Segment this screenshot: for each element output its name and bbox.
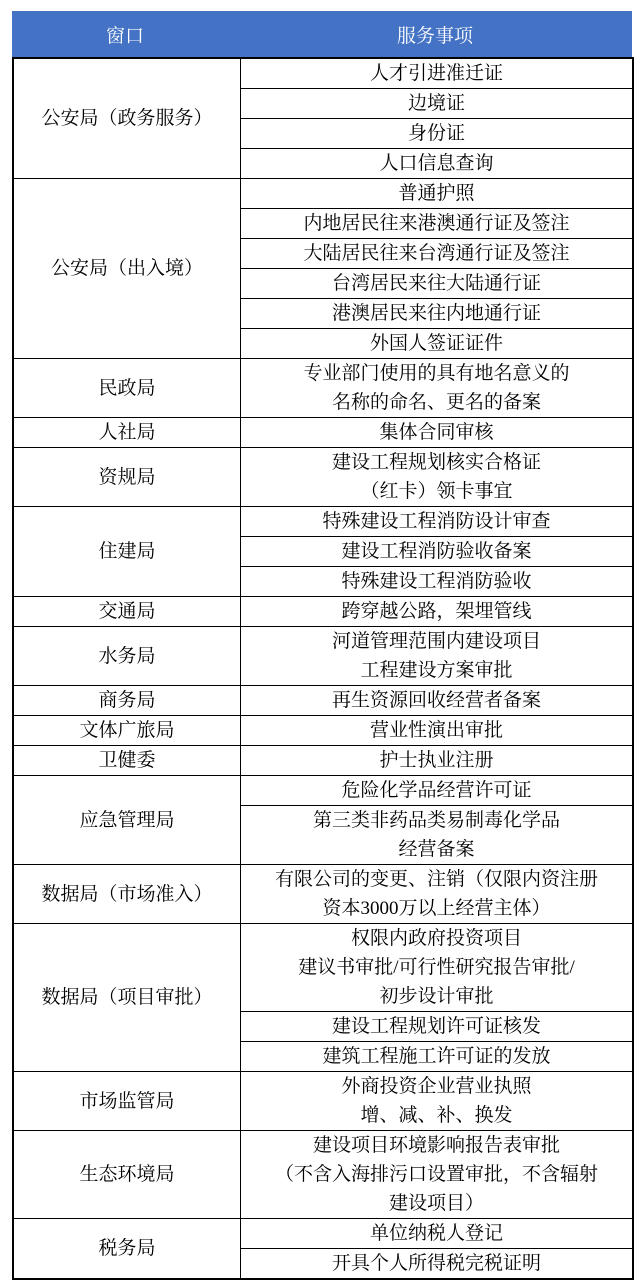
service-cell: 人口信息查询	[241, 149, 634, 179]
window-cell: 民政局	[13, 359, 241, 418]
window-cell: 税务局	[13, 1219, 241, 1280]
service-cell: 危险化学品经营许可证	[241, 776, 634, 806]
table-row: 资规局 建设工程规划核实合格证 （红卡）领卡事宜	[13, 448, 633, 507]
table-row: 卫健委 护士执业注册	[13, 746, 633, 776]
service-cell: 权限内政府投资项目 建议书审批/可行性研究报告审批/ 初步设计审批	[241, 924, 634, 1012]
window-cell: 应急管理局	[13, 776, 241, 865]
table-row: 公安局（出入境） 普通护照	[13, 179, 633, 209]
window-cell: 数据局（项目审批）	[13, 924, 241, 1072]
col-header-service: 服务事项	[238, 21, 632, 48]
service-cell: 港澳居民来往内地通行证	[241, 299, 634, 329]
service-cell: 集体合同审核	[241, 418, 634, 448]
window-cell: 公安局（出入境）	[13, 179, 241, 359]
service-cell: 建筑工程施工许可证的发放	[241, 1042, 634, 1072]
service-cell: 身份证	[241, 119, 634, 149]
window-cell: 卫健委	[13, 746, 241, 776]
service-cell: 人才引进准迁证	[241, 58, 634, 89]
table-row: 数据局（市场准入） 有限公司的变更、注销（仅限内资注册 资本3000万以上经营主…	[13, 865, 633, 924]
table-row: 商务局 再生资源回收经营者备案	[13, 686, 633, 716]
service-cell: 第三类非药品类易制毒化学品 经营备案	[241, 806, 634, 865]
table-row: 水务局 河道管理范围内建设项目 工程建设方案审批	[13, 627, 633, 686]
service-cell: 专业部门使用的具有地名意义的 名称的命名、更名的备案	[241, 359, 634, 418]
service-cell: 再生资源回收经营者备案	[241, 686, 634, 716]
window-cell: 商务局	[13, 686, 241, 716]
services-table: 公安局（政务服务） 人才引进准迁证 边境证 身份证 人口信息查询 公安局（出入境…	[12, 57, 634, 1280]
window-cell: 水务局	[13, 627, 241, 686]
service-cell: 台湾居民来往大陆通行证	[241, 269, 634, 299]
service-cell: 河道管理范围内建设项目 工程建设方案审批	[241, 627, 634, 686]
table-row: 税务局 单位纳税人登记	[13, 1219, 633, 1249]
service-cell: 普通护照	[241, 179, 634, 209]
service-cell: 有限公司的变更、注销（仅限内资注册 资本3000万以上经营主体）	[241, 865, 634, 924]
window-cell: 资规局	[13, 448, 241, 507]
window-cell: 人社局	[13, 418, 241, 448]
document-page: 窗口 服务事项 公安局（政务服务） 人才引进准迁证 边境证 身份证 人口信息查询…	[0, 0, 640, 1261]
service-cell: 护士执业注册	[241, 746, 634, 776]
table-row: 应急管理局 危险化学品经营许可证	[13, 776, 633, 806]
window-cell: 文体广旅局	[13, 716, 241, 746]
table-row: 文体广旅局 营业性演出审批	[13, 716, 633, 746]
service-cell: 边境证	[241, 89, 634, 119]
service-cell: 建设工程规划许可证核发	[241, 1012, 634, 1042]
table-row: 公安局（政务服务） 人才引进准迁证	[13, 58, 633, 89]
table-row: 交通局 跨穿越公路，架埋管线	[13, 597, 633, 627]
service-cell: 建设工程规划核实合格证 （红卡）领卡事宜	[241, 448, 634, 507]
service-cell: 外商投资企业营业执照 增、减、补、换发	[241, 1072, 634, 1131]
table-row: 数据局（项目审批） 权限内政府投资项目 建议书审批/可行性研究报告审批/ 初步设…	[13, 924, 633, 1012]
service-cell: 特殊建设工程消防设计审查	[241, 507, 634, 537]
service-cell: 内地居民往来港澳通行证及签注	[241, 209, 634, 239]
table-row: 民政局 专业部门使用的具有地名意义的 名称的命名、更名的备案	[13, 359, 633, 418]
window-cell: 公安局（政务服务）	[13, 58, 241, 179]
table-header-row: 窗口 服务事项	[12, 11, 632, 57]
col-header-window: 窗口	[12, 21, 238, 48]
window-cell: 生态环境局	[13, 1131, 241, 1219]
service-cell: 特殊建设工程消防验收	[241, 567, 634, 597]
table-row: 生态环境局 建设项目环境影响报告表审批 （不含入海排污口设置审批，不含辐射 建设…	[13, 1131, 633, 1219]
table-row: 市场监管局 外商投资企业营业执照 增、减、补、换发	[13, 1072, 633, 1131]
service-cell: 建设工程消防验收备案	[241, 537, 634, 567]
service-cell: 建设项目环境影响报告表审批 （不含入海排污口设置审批，不含辐射 建设项目）	[241, 1131, 634, 1219]
window-cell: 交通局	[13, 597, 241, 627]
service-cell: 开具个人所得税完税证明	[241, 1249, 634, 1280]
service-cell: 外国人签证证件	[241, 329, 634, 359]
window-cell: 市场监管局	[13, 1072, 241, 1131]
service-cell: 跨穿越公路，架埋管线	[241, 597, 634, 627]
service-cell: 营业性演出审批	[241, 716, 634, 746]
window-cell: 数据局（市场准入）	[13, 865, 241, 924]
window-cell: 住建局	[13, 507, 241, 597]
table-row: 人社局 集体合同审核	[13, 418, 633, 448]
service-cell: 单位纳税人登记	[241, 1219, 634, 1249]
table-row: 住建局 特殊建设工程消防设计审查	[13, 507, 633, 537]
service-cell: 大陆居民往来台湾通行证及签注	[241, 239, 634, 269]
